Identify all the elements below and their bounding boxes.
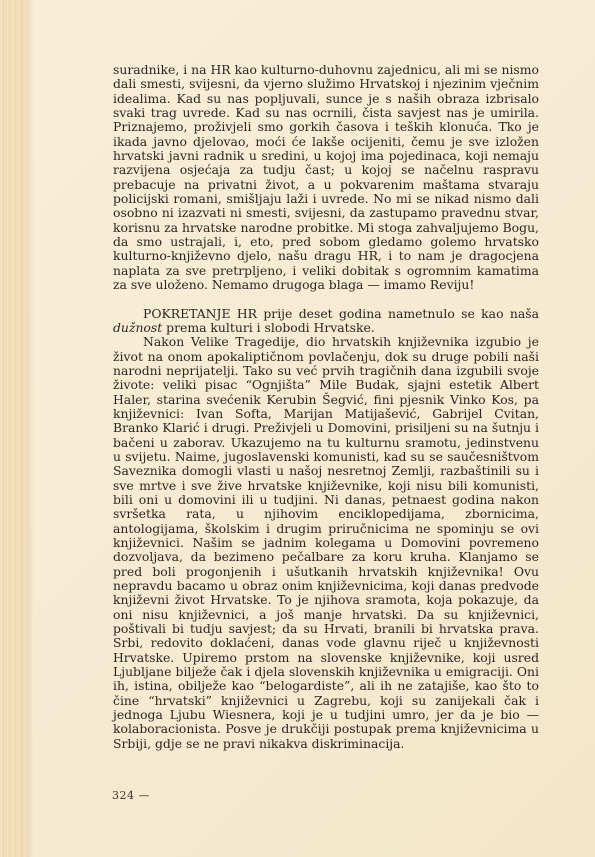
paragraph-lead: POKRETANJE HR bbox=[143, 306, 257, 321]
paragraph-pokretanje: POKRETANJE HR prije deset godina nametnu… bbox=[113, 307, 539, 336]
emphasized-word: dužnost bbox=[113, 320, 162, 335]
binding-shadow bbox=[26, 0, 34, 857]
paragraph-text: prema kulturi i slobodi Hrvatske. bbox=[162, 320, 375, 335]
page-binding-edge bbox=[0, 0, 26, 857]
paragraph-text: prije deset godina nametnulo se kao naša bbox=[257, 306, 539, 321]
book-page: suradnike, i na HR kao kulturno-duhovnu … bbox=[0, 0, 595, 857]
paragraph-continuation: suradnike, i na HR kao kulturno-duhovnu … bbox=[113, 63, 539, 293]
body-text: suradnike, i na HR kao kulturno-duhovnu … bbox=[113, 63, 539, 751]
paragraph-tragedy: Nakon Velike Tragedije, dio hrvatskih kn… bbox=[113, 335, 539, 751]
page-number: 324 — bbox=[112, 789, 150, 802]
